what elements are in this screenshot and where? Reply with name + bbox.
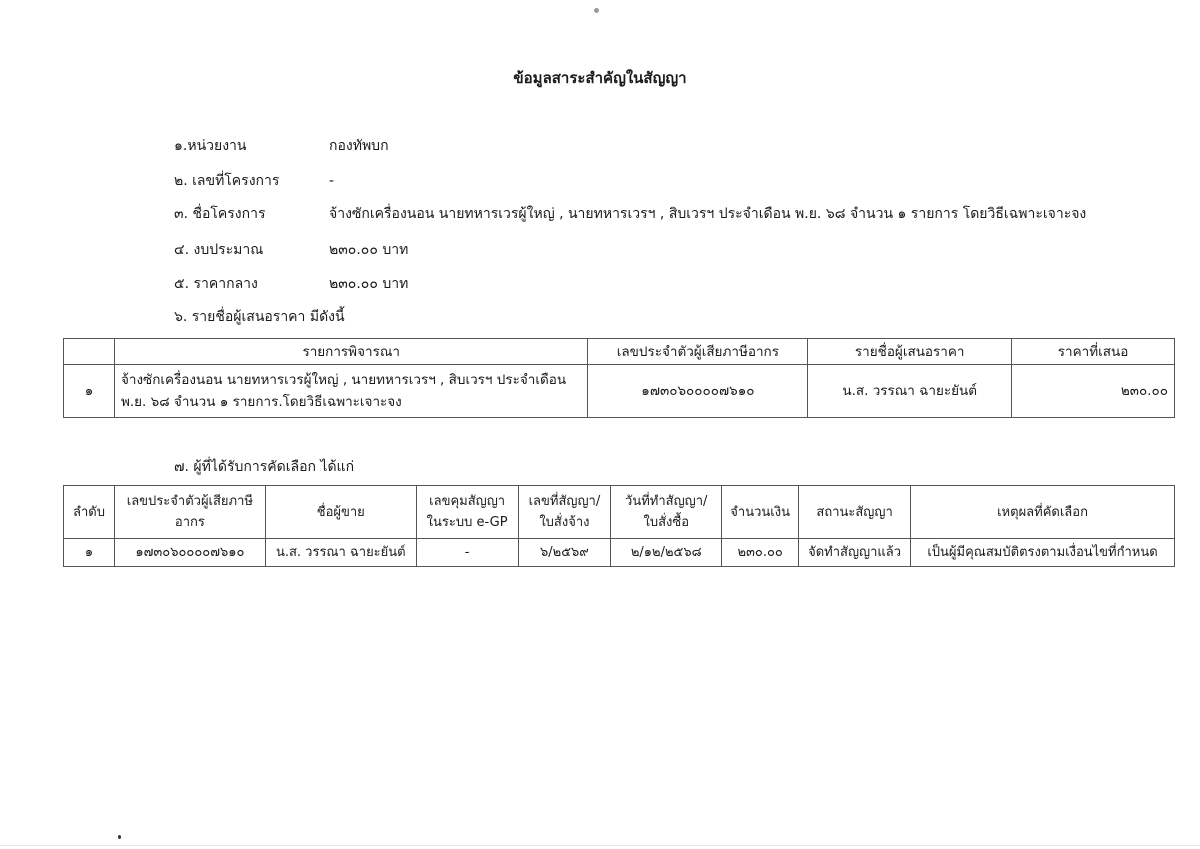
cell-status: จัดทำสัญญาแล้ว xyxy=(799,539,911,567)
table-header-row: รายการพิจารณา เลขประจำตัวผู้เสียภาษีอากร… xyxy=(64,339,1175,365)
cell-amount: ๒๓๐.๐๐ xyxy=(722,539,799,567)
section-heading: ๗. ผู้ที่ได้รับการคัดเลือก ได้แก่ xyxy=(174,457,354,477)
cell-no: ๑ xyxy=(64,365,115,418)
field-value: ๒๓๐.๐๐ บาท xyxy=(329,274,408,294)
column-header-item: รายการพิจารณา xyxy=(114,339,587,365)
cell-bidder: น.ส. วรรณา ฉายะยันต์ xyxy=(808,365,1012,418)
column-header-tax-id: เลขประจำตัวผู้เสียภาษีอากร xyxy=(588,339,808,365)
column-header-seller: ชื่อผู้ขาย xyxy=(265,486,416,539)
field-label: ๓. ชื่อโครงการ xyxy=(174,204,265,224)
cell-reason: เป็นผู้มีคุณสมบัติตรงตามเงื่อนไขที่กำหนด xyxy=(911,539,1175,567)
section-heading: ๖. รายชื่อผู้เสนอราคา มีดังนี้ xyxy=(174,307,345,327)
cell-price: ๒๓๐.๐๐ xyxy=(1012,365,1175,418)
column-header-contract-no: เลขที่สัญญา/ใบสั่งจ้าง xyxy=(518,486,611,539)
column-header-amount: จำนวนเงิน xyxy=(722,486,799,539)
column-header-price: ราคาที่เสนอ xyxy=(1012,339,1175,365)
column-header-bidder: รายชื่อผู้เสนอราคา xyxy=(808,339,1012,365)
field-value: - xyxy=(329,171,334,191)
column-header-no xyxy=(64,339,115,365)
cell-tax-id: ๑๗๓๐๖๐๐๐๐๗๖๑๐ xyxy=(114,539,265,567)
field-value: ๒๓๐.๐๐ บาท xyxy=(329,240,408,260)
cell-tax-id: ๑๗๓๐๖๐๐๐๐๗๖๑๐ xyxy=(588,365,808,418)
scan-speck xyxy=(594,8,599,13)
cell-egp-no: - xyxy=(416,539,518,567)
bidders-table: รายการพิจารณา เลขประจำตัวผู้เสียภาษีอากร… xyxy=(63,338,1175,418)
page-edge-divider xyxy=(0,845,1200,846)
column-header-contract-date: วันที่ทำสัญญา/ใบสั่งซื้อ xyxy=(611,486,722,539)
cell-item: จ้างซักเครื่องนอน นายทหารเวรผู้ใหญ่ , นา… xyxy=(114,365,587,418)
document-title: ข้อมูลสาระสำคัญในสัญญา xyxy=(0,66,1200,90)
cell-seller: น.ส. วรรณา ฉายะยันต์ xyxy=(265,539,416,567)
table-header-row: ลำดับ เลขประจำตัวผู้เสียภาษีอากร ชื่อผู้… xyxy=(64,486,1175,539)
column-header-reason: เหตุผลที่คัดเลือก xyxy=(911,486,1175,539)
field-label: ๕. ราคากลาง xyxy=(174,274,258,294)
table-row: ๑ ๑๗๓๐๖๐๐๐๐๗๖๑๐ น.ส. วรรณา ฉายะยันต์ - ๖… xyxy=(64,539,1175,567)
field-label: ๒. เลขที่โครงการ xyxy=(174,171,279,191)
selected-vendor-table: ลำดับ เลขประจำตัวผู้เสียภาษีอากร ชื่อผู้… xyxy=(63,485,1175,567)
field-label: ๔. งบประมาณ xyxy=(174,240,263,260)
column-header-tax-id: เลขประจำตัวผู้เสียภาษีอากร xyxy=(114,486,265,539)
field-value: จ้างซักเครื่องนอน นายทหารเวรผู้ใหญ่ , นา… xyxy=(329,204,1086,224)
field-label: ๑.หน่วยงาน xyxy=(174,136,246,156)
scan-speck xyxy=(118,835,121,839)
cell-contract-date: ๒/๑๒/๒๕๖๘ xyxy=(611,539,722,567)
item-line: จ้างซักเครื่องนอน นายทหารเวรผู้ใหญ่ , นา… xyxy=(121,369,581,391)
column-header-no: ลำดับ xyxy=(64,486,115,539)
table-row: ๑ จ้างซักเครื่องนอน นายทหารเวรผู้ใหญ่ , … xyxy=(64,365,1175,418)
column-header-egp-no: เลขคุมสัญญาในระบบ e-GP xyxy=(416,486,518,539)
column-header-status: สถานะสัญญา xyxy=(799,486,911,539)
field-value: กองทัพบก xyxy=(329,136,389,156)
cell-no: ๑ xyxy=(64,539,115,567)
item-line: พ.ย. ๖๘ จำนวน ๑ รายการ.โดยวิธีเฉพาะเจาะจ… xyxy=(121,391,581,413)
cell-contract-no: ๖/๒๕๖๙ xyxy=(518,539,611,567)
